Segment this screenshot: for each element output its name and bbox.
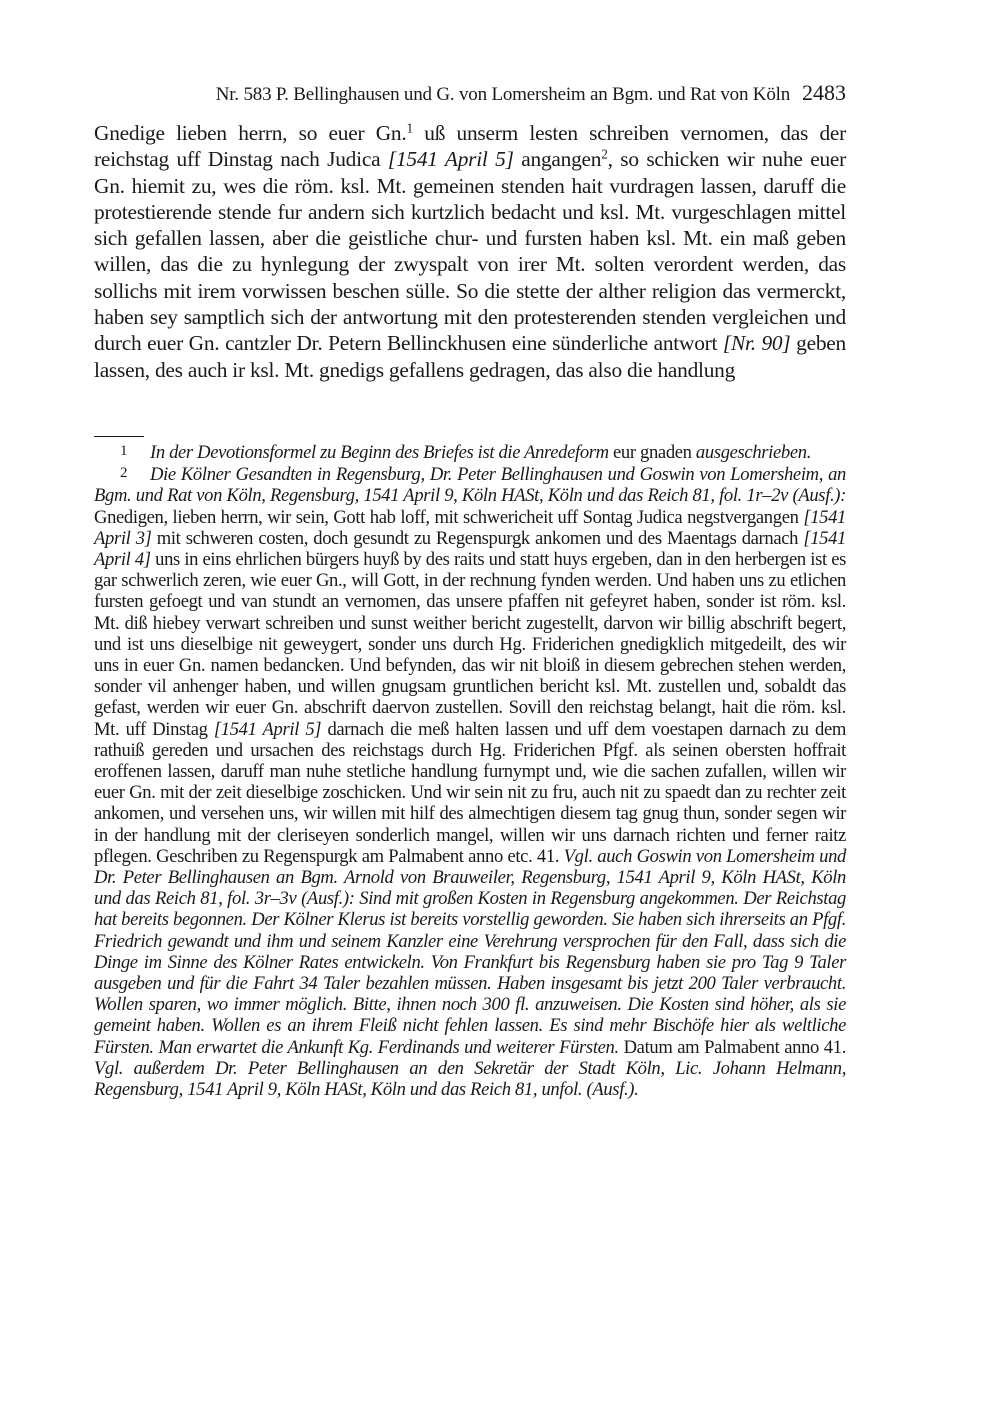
text-run-italic: Vgl. auch Goswin von Lomersheim und Dr. … [94, 846, 846, 1058]
editorial-date: [1541 April 5] [388, 147, 514, 171]
text-run: eur gnaden [609, 442, 696, 463]
text-run: Gnedige lieben herrn, so euer Gn. [94, 121, 406, 145]
running-title: Nr. 583 P. Bellinghausen und G. von Lome… [216, 84, 790, 105]
text-run: , so schicken wir nuhe euer Gn. hiemit z… [94, 147, 846, 355]
text-run: mit schweren costen, doch gesundt zu Reg… [152, 528, 804, 549]
footnote-1: 1In der Devotionsformel zu Beginn des Br… [94, 441, 846, 463]
text-run: angangen [514, 147, 602, 171]
text-run: Datum am Palmabent anno 41. [619, 1037, 846, 1058]
footnote-number: 2 [120, 463, 150, 484]
footnote-number: 1 [120, 441, 150, 462]
text-run: uns in eins ehrlichen bürgers huyß by de… [94, 549, 846, 740]
editorial-date: [1541 April 5] [214, 719, 321, 740]
text-run-italic: Die Kölner Gesandten in Regensburg, Dr. … [94, 464, 846, 506]
text-run: Gnedigen, lieben herrn, wir sein, Gott h… [94, 507, 803, 528]
page-number: 2483 [802, 80, 846, 105]
text-run-italic: ausgeschrieben. [696, 442, 811, 463]
text-run-italic: In der Devotionsformel zu Beginn des Bri… [150, 442, 609, 463]
footnote-separator [94, 436, 144, 437]
footnotes: 1In der Devotionsformel zu Beginn des Br… [94, 441, 846, 1100]
footnote-2: 2Die Kölner Gesandten in Regensburg, Dr.… [94, 463, 846, 1100]
text-run: darnach die meß halten lassen und uff de… [94, 719, 846, 867]
editorial-cross-reference: [Nr. 90] [723, 331, 791, 355]
running-header: Nr. 583 P. Bellinghausen und G. von Lome… [94, 80, 846, 108]
text-run-italic: Vgl. außerdem Dr. Peter Bellinghausen an… [94, 1058, 846, 1100]
main-text-paragraph: Gnedige lieben herrn, so euer Gn.1 uß un… [94, 120, 846, 383]
